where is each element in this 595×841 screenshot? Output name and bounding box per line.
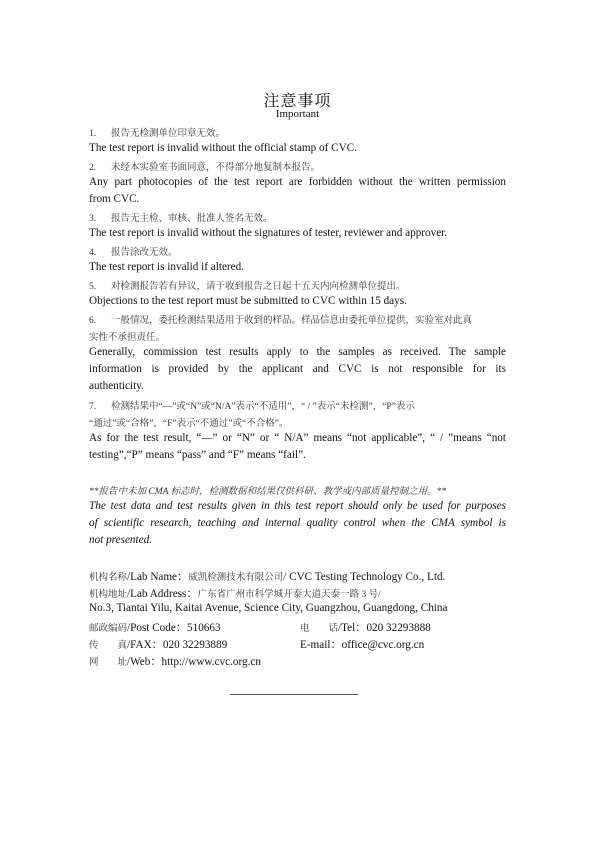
item-3-en: The test report is invalid without the s… [89, 227, 506, 239]
item-1-en: The test report is invalid without the o… [89, 142, 506, 154]
item-5-cn: 5.对检测报告若有异议，请于收到报告之日起十五天内向检测单位提出。 [89, 278, 506, 292]
item-1-cn: 1.报告无检测单位印章无效。 [89, 125, 506, 139]
item-number: 2. [89, 163, 111, 173]
web-link[interactable]: http://www.cvc.org.cn [162, 656, 261, 668]
lab-name-row: 机构名称/Lab Name：威凯检测技术有限公司/ CVC Testing Te… [89, 568, 506, 584]
cma-note-cn: **报告中未加 CMA 标志时，检测数据和结果仅供科研、教学或内部质量控制之用。… [89, 483, 506, 497]
item-2-en-line-2: from CVC. [89, 193, 506, 205]
item-7-en-line-2: testing”,“P” means “pass” and “F” means … [89, 449, 506, 461]
item-4-en: The test report is invalid if altered. [89, 261, 506, 273]
item-7-cn-line-1: 7.检测结果中“—”或“N”或“N/A”表示“不适用”，“ / ”表示“未检测”… [89, 398, 506, 412]
item-6-en-line-3: authenticity. [89, 380, 506, 392]
cma-note-en-line-2: of scientific research, teaching and int… [89, 517, 506, 529]
item-number: 3. [89, 214, 111, 224]
item-4-cn: 4.报告涂改无效。 [89, 244, 506, 258]
web-row: 网 址/Web：http://www.cvc.org.cn [89, 653, 506, 669]
divider-line [230, 694, 358, 695]
item-6-en-line-2: information is provided by the applicant… [89, 363, 506, 375]
tel-field: 电 话/Tel：020 32293888 [300, 619, 431, 635]
lab-name-en: / CVC Testing Technology Co., Ltd. [283, 571, 445, 583]
item-7-en-line-1: As for the test result, “—” or “N” or “ … [89, 432, 506, 444]
item-3-cn: 3.报告无主检、审核、批准人签名无效。 [89, 210, 506, 224]
lab-address-row: 机构地址/Lab Address：广东省广州市科学城开泰大道天泰一路 3 号/ [89, 585, 506, 601]
item-number: 7. [89, 402, 111, 412]
item-number: 4. [89, 248, 111, 258]
item-number: 6. [89, 316, 111, 326]
item-6-cn-line-2: 实性不承担责任。 [89, 329, 506, 343]
email-link[interactable]: office@cvc.org.cn [342, 639, 425, 651]
post-code: 510663 [187, 622, 221, 634]
fax-email-row: 传 真/FAX：020 32293889 E-mail：office@cvc.o… [89, 636, 506, 652]
cma-note-en-line-1: The test data and test results given in … [89, 500, 506, 512]
item-7-cn-line-2: “通过”或“合格”，“F”表示“不通过”或“不合格”。 [89, 415, 506, 429]
fax-number: 020 32293889 [163, 639, 227, 651]
lab-address-cn: 广东省广州市科学城开泰大道天泰一路 3 号/ [198, 590, 381, 600]
item-number: 5. [89, 282, 111, 292]
item-number: 1. [89, 129, 111, 139]
item-2-cn: 2.未经本实验室书面同意，不得部分地复制本报告。 [89, 159, 506, 173]
cma-note-en-line-3: not presented. [89, 534, 506, 546]
item-6-cn-line-1: 6.一般情况，委托检测结果适用于收到的样品。样品信息由委托单位提供，实验室对此真 [89, 312, 506, 326]
post-tel-row: 邮政编码/Post Code：510663 电 话/Tel：020 322938… [89, 619, 506, 635]
lab-name-cn: 威凯检测技术有限公司 [188, 573, 283, 583]
item-6-en-line-1: Generally, commission test results apply… [89, 346, 506, 358]
item-5-en: Objections to the test report must be su… [89, 295, 506, 307]
email-field: E-mail：office@cvc.org.cn [300, 636, 424, 652]
item-2-en-line-1: Any part photocopies of the test report … [89, 176, 506, 188]
lab-address-en: No.3, Tiantai Yilu, Kaitai Avenue, Scien… [89, 602, 506, 614]
page-title-en: Important [0, 108, 595, 120]
document-page: 注意事项 Important 1.报告无检测单位印章无效。 The test r… [0, 0, 595, 841]
tel-number: 020 32293888 [366, 622, 430, 634]
